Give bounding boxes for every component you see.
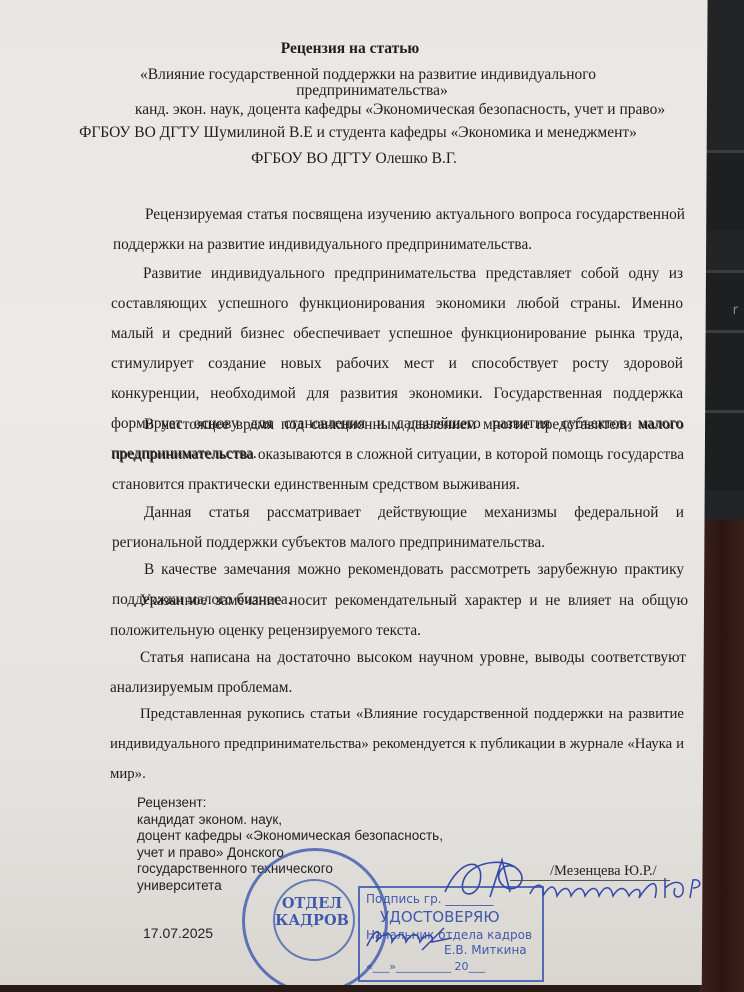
document-title: Рецензия на статью: [0, 40, 700, 58]
paragraph: Представленная рукопись статьи «Влияние …: [110, 699, 684, 789]
stamp-text-line: «___»__________ 20___: [366, 960, 485, 973]
author-line: канд. экон. наук, доцента кафедры «Эконо…: [50, 101, 744, 119]
paragraph: Статья написана на достаточно высоком на…: [110, 643, 686, 703]
stamp-text-line: Подпись гр. ________: [366, 892, 493, 906]
author-line: ФГБОУ ВО ДГТУ Олешко В.Г.: [4, 150, 704, 168]
handwritten-signature-icon: [525, 872, 710, 908]
handwritten-signature-icon: [362, 920, 462, 954]
paragraph: Данная статья рассматривает действующие …: [112, 498, 684, 558]
author-line: ФГБОУ ВО ДГТУ Шумилиной В.Е и студента к…: [8, 124, 708, 142]
keyboard-key: [702, 330, 744, 411]
document-page: Рецензия на статью «Влияние государствен…: [0, 0, 722, 985]
reviewer-line: доцент кафедры «Экономическая безопаснос…: [137, 828, 443, 845]
paragraph: Указанное замечание носит рекомендательн…: [110, 586, 688, 646]
paragraph: В настоящее время под санкционным давлен…: [112, 410, 684, 500]
reviewer-line: Рецензент:: [137, 795, 443, 812]
paragraph: Рецензируемая статья посвящена изучению …: [113, 200, 685, 260]
keyboard-key: [702, 410, 744, 491]
keyboard-key: [702, 150, 744, 231]
wooden-desk: [700, 520, 744, 992]
review-date: 17.07.2025: [143, 925, 213, 941]
reviewer-line: кандидат эконом. наук,: [137, 812, 443, 829]
article-title-line: предпринимательства»: [22, 82, 722, 100]
